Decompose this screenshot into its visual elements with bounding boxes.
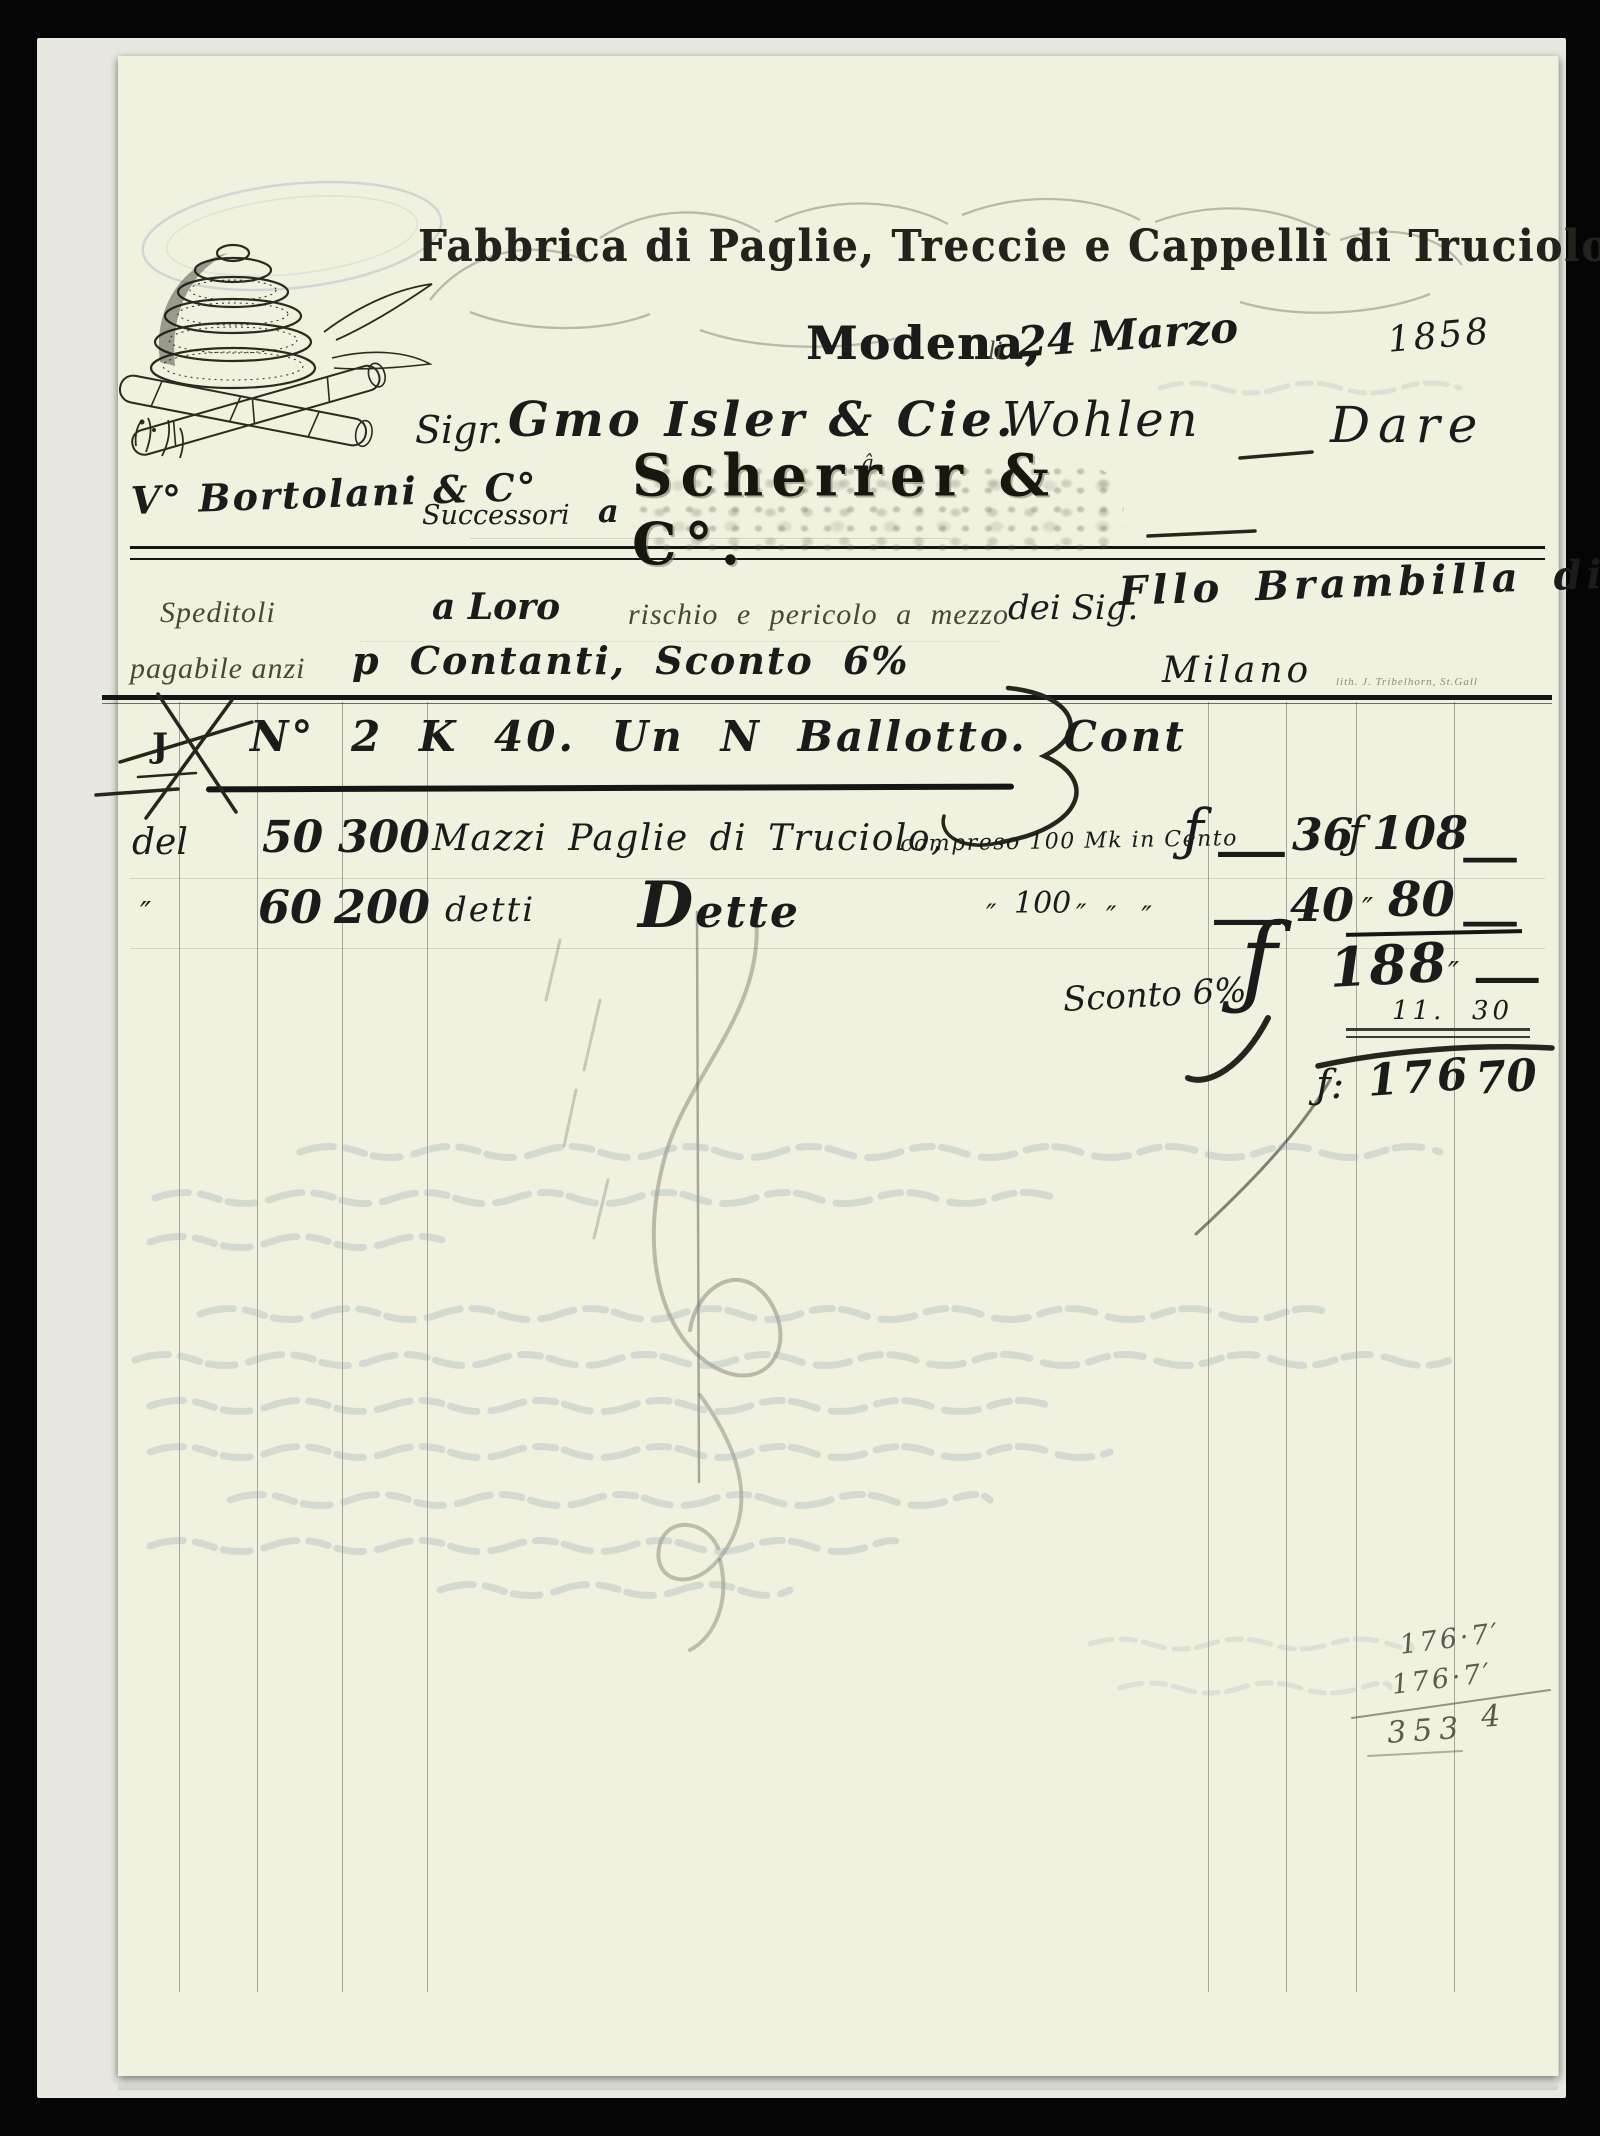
column-rule (1286, 702, 1287, 1992)
gross-total: 188 (1328, 930, 1450, 1000)
table-top-rule (102, 695, 1552, 700)
row-peso: 300 (338, 812, 430, 863)
terms-rischio: rischio e pericolo a mezzo (628, 598, 1009, 632)
successori-note: Successori (422, 500, 570, 531)
row-dash: — (1214, 826, 1289, 877)
addressee-name: Gmo Isler & Cie. (508, 392, 1017, 448)
terms-a-loro: a Loro (432, 586, 560, 628)
scanned-invoice: Fabbrica di Paglie, Treccie e Cappelli d… (0, 0, 1600, 2136)
row-peso: 200 (334, 880, 430, 934)
row-tara: 50 (262, 812, 323, 863)
ditto-mark: ″ (986, 898, 996, 931)
row-ref: ″ (140, 896, 151, 931)
discount-double-rule (1346, 1028, 1530, 1038)
discount-cents: 30 (1472, 996, 1513, 1026)
terms-pagabile: pagabile anzi (130, 652, 306, 686)
successor-firm-stamp: Scherrer & C°. (632, 462, 1124, 558)
column-rule (179, 702, 180, 1992)
pencil-sum: 353 (1386, 1711, 1467, 1751)
row-description-2: Dette (638, 868, 800, 943)
ditto-mark: ″ (1076, 898, 1086, 931)
terms-contanti: p Contanti, Sconto 6% (352, 638, 910, 683)
row-amount: 80 (1388, 872, 1455, 928)
net-separator: · (1452, 1062, 1465, 1108)
discount-amount: 11. (1392, 996, 1445, 1026)
successori-a: a (598, 492, 619, 530)
row-cents-dash: — (1460, 834, 1520, 881)
letterhead-title: Fabbrica di Paglie, Treccie e Cappelli d… (418, 220, 1600, 272)
addressee-salutation: Sigr. (415, 408, 504, 452)
ditto-marks: ″ ″ (1106, 900, 1152, 933)
pencil-sum-cents: 4 (1480, 1699, 1501, 1735)
entry-heading: N° 2 K 40. Un N Ballotto. Cont (250, 712, 1187, 761)
net-cents: 70 (1474, 1050, 1539, 1105)
row-currency-2: ƒ (1348, 808, 1364, 859)
row-description: detti (445, 890, 535, 930)
row-description: Mazzi Paglie di Truciolo, (432, 818, 944, 859)
row-ref: del (132, 822, 188, 863)
column-rule (1356, 702, 1357, 1992)
addressee-city: Wohlen (1002, 392, 1201, 448)
debit-label: Dare (1330, 396, 1485, 454)
row-price: 36 (1292, 810, 1353, 861)
row-currency-2: ″ (1362, 892, 1373, 927)
stamp-text: Scherrer & C°. (632, 441, 1124, 578)
dateline-li: li (988, 336, 1002, 366)
consignment-mark-letter: J (152, 726, 168, 766)
table-top-rule-thin (102, 703, 1552, 704)
ditto-number: 100 (1014, 886, 1071, 921)
gross-ditto: ″ (1448, 956, 1459, 991)
net-currency: ƒ: (1316, 1062, 1344, 1108)
row-tara: 60 (258, 880, 322, 934)
terms-speditoli: Speditoli (160, 596, 276, 630)
row-currency: ƒ (1183, 798, 1204, 863)
dateline-place: Modena, (806, 316, 1042, 370)
row-price: 40 (1290, 878, 1354, 932)
row-cents-dash: — (1460, 898, 1520, 945)
column-rule (1208, 702, 1209, 1992)
printer-imprint: lith. J. Tribelhorn, St.Gall (1336, 676, 1478, 688)
carrier-city: Milano (1162, 650, 1312, 691)
row-amount: 108 (1372, 806, 1468, 860)
